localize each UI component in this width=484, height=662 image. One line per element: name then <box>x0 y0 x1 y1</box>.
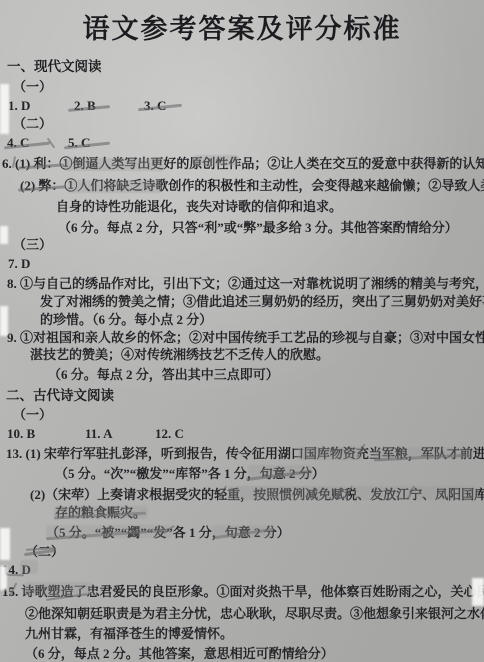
text-line: (2)（宋荦）上奏请求根据受灾的轻重，按照惯例减免赋税、发放江宁、凤阳国库储 <box>30 487 484 502</box>
text-line: 湛技艺的赞美；④对传统湘绣技艺不乏传人的欣慰。 <box>30 347 329 362</box>
text-line: 6. (1) 利：①倒逼人类写出更好的原创性作品；②让人类在交互的爱意中获得新的… <box>2 156 484 171</box>
text-line: 自身的诗性功能退化，丧失对诗歌的信仰和追求。 <box>56 199 342 214</box>
text-line: 1. D <box>8 98 30 113</box>
page-glare <box>0 528 10 560</box>
text-line: 2. B <box>74 98 96 113</box>
pencil-mark <box>47 138 56 149</box>
text-line: 九州甘霖，有福泽苍生的博爱情怀。 <box>25 626 233 641</box>
text-line: (2) 弊：①人们将缺乏诗歌创作的积极性和主动性，会变得越来越偷懒；②导致人类 <box>20 178 484 193</box>
page-glare <box>0 226 8 244</box>
text-line: 10. B <box>7 426 35 441</box>
text-line: 存的粮食赈灾。 <box>55 505 146 520</box>
text-line: 11. A <box>85 426 112 441</box>
text-line: （三） <box>13 237 52 252</box>
text-line: 的珍惜。（6 分。每小点 2 分） <box>40 312 212 327</box>
text-line: （二） <box>13 116 52 131</box>
page-title: 语文参考答案及评分标准 <box>0 7 484 46</box>
text-line: 7. D <box>8 256 30 271</box>
text-line: （一） <box>13 79 52 94</box>
text-line: 14. D <box>2 562 31 577</box>
text-line: （二） <box>25 544 64 559</box>
text-line: 5. C <box>68 135 90 150</box>
text-line: （5 分。“次”“檄发”“库帑”各 1 分，句意 2 分） <box>55 466 325 481</box>
text-line: （6 分。每点 2 分，答出其中三点即可） <box>48 367 279 382</box>
text-line: （5 分。“被”“蠲”“发”各 1 分，句意 2 分） <box>46 525 290 540</box>
text-line: 12. C <box>155 426 184 441</box>
text-line: 9. ①对祖国和亲人故乡的怀念；②对中国传统手工艺品的珍视与自豪；③对中国女性精 <box>7 330 484 345</box>
text-line: （6 分。每点 2 分，只答“利”或“弊”最多给 3 分。其他答案酌情给分） <box>58 220 458 235</box>
text-line: 15. 诗歌塑造了忠君爱民的良臣形象。①面对炎热干旱，他体察百姓盼雨之心，关心民… <box>2 584 484 599</box>
text-line: 8. ①与自己的绣品作对比，引出下文；②通过这一对靠枕说明了湘绣的精美与考究，抒 <box>7 276 484 291</box>
text-line: 13. (1) 宋荦行军驻扎彭泽，听到报告，传令征用湖口国库物资充当军粮，军队才… <box>6 446 484 461</box>
text-line: （6 分，每点 2 分。其他答案，意思相近可酌情给分） <box>25 646 334 661</box>
section-heading: 二、古代诗文阅读 <box>6 389 114 404</box>
section-heading: 一、现代文阅读 <box>7 60 102 75</box>
scanned-answer-sheet: 语文参考答案及评分标准 一、现代文阅读（一）1. D2. B3. C（二）4. … <box>0 0 484 662</box>
text-line: 4. C <box>7 135 29 150</box>
text-line: 发了对湘绣的赞美之情；③借此追述三舅奶奶的经历，突出了三舅奶奶对美好事物 <box>40 294 484 309</box>
text-line: ②他深知朝廷职责是为君主分忧，忠心耿耿，尽职尽责。③他想象引来银河之水化作 <box>25 606 484 621</box>
text-line: （一） <box>13 407 52 422</box>
text-line: 3. C <box>144 98 166 113</box>
